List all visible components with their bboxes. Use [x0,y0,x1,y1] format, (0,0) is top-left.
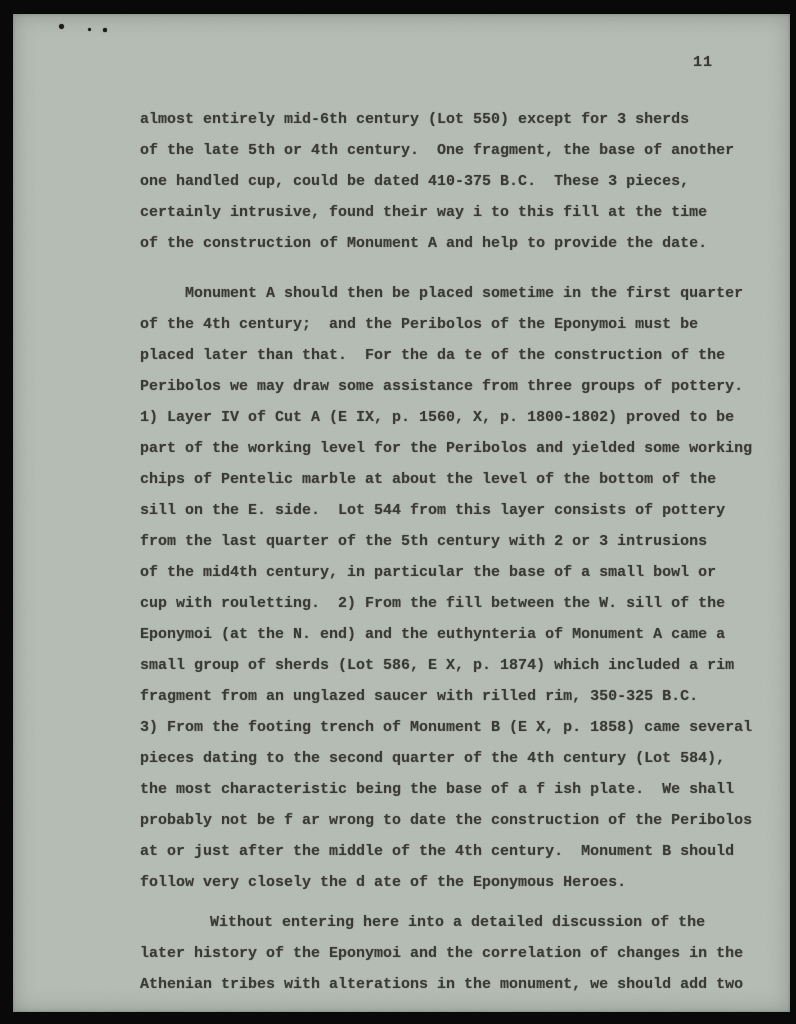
text-line: cup with rouletting. 2) From the fill be… [140,588,772,619]
text-line: certainly intrusive, found their way i t… [140,197,772,228]
paper-page: 11 almost entirely mid-6th century (Lot … [13,14,790,1012]
text-line: almost entirely mid-6th century (Lot 550… [140,104,772,135]
text-line: Athenian tribes with alterations in the … [140,969,772,1000]
ink-speck [59,24,64,29]
text-line: the most characteristic being the base o… [140,774,772,805]
text-line: follow very closely the d ate of the Epo… [140,867,772,898]
text-line: at or just after the middle of the 4th c… [140,836,772,867]
text-line: from the last quarter of the 5th century… [140,526,772,557]
paragraph: almost entirely mid-6th century (Lot 550… [140,104,772,259]
text-line: fragment from an unglazed saucer with ri… [140,681,772,712]
text-line: of the mid4th century, in particular the… [140,557,772,588]
text-line: of the late 5th or 4th century. One frag… [140,135,772,166]
text-line: 3) From the footing trench of Monument B… [140,712,772,743]
text-line: later history of the Eponymoi and the co… [140,938,772,969]
ink-speck [88,28,91,31]
text-line: part of the working level for the Peribo… [140,433,772,464]
text-line: Monument A should then be placed sometim… [140,278,772,309]
scanned-document-frame: 11 almost entirely mid-6th century (Lot … [0,0,796,1024]
page-number: 11 [693,54,713,71]
text-line: pieces dating to the second quarter of t… [140,743,772,774]
text-line: probably not be f ar wrong to date the c… [140,805,772,836]
text-line: small group of sherds (Lot 586, E X, p. … [140,650,772,681]
text-line: Eponymoi (at the N. end) and the euthynt… [140,619,772,650]
text-line: sill on the E. side. Lot 544 from this l… [140,495,772,526]
text-line: 1) Layer IV of Cut A (E IX, p. 1560, X, … [140,402,772,433]
ink-speck [103,28,107,32]
paragraph: Without entering here into a detailed di… [140,907,772,1000]
typewritten-text-block: almost entirely mid-6th century (Lot 550… [140,104,772,1000]
text-line: one handled cup, could be dated 410-375 … [140,166,772,197]
text-line: Peribolos we may draw some assistance fr… [140,371,772,402]
paragraph: Monument A should then be placed sometim… [140,278,772,898]
text-line: placed later than that. For the da te of… [140,340,772,371]
text-line: of the construction of Monument A and he… [140,228,772,259]
text-line: of the 4th century; and the Peribolos of… [140,309,772,340]
text-line: chips of Pentelic marble at about the le… [140,464,772,495]
text-line: Without entering here into a detailed di… [140,907,772,938]
